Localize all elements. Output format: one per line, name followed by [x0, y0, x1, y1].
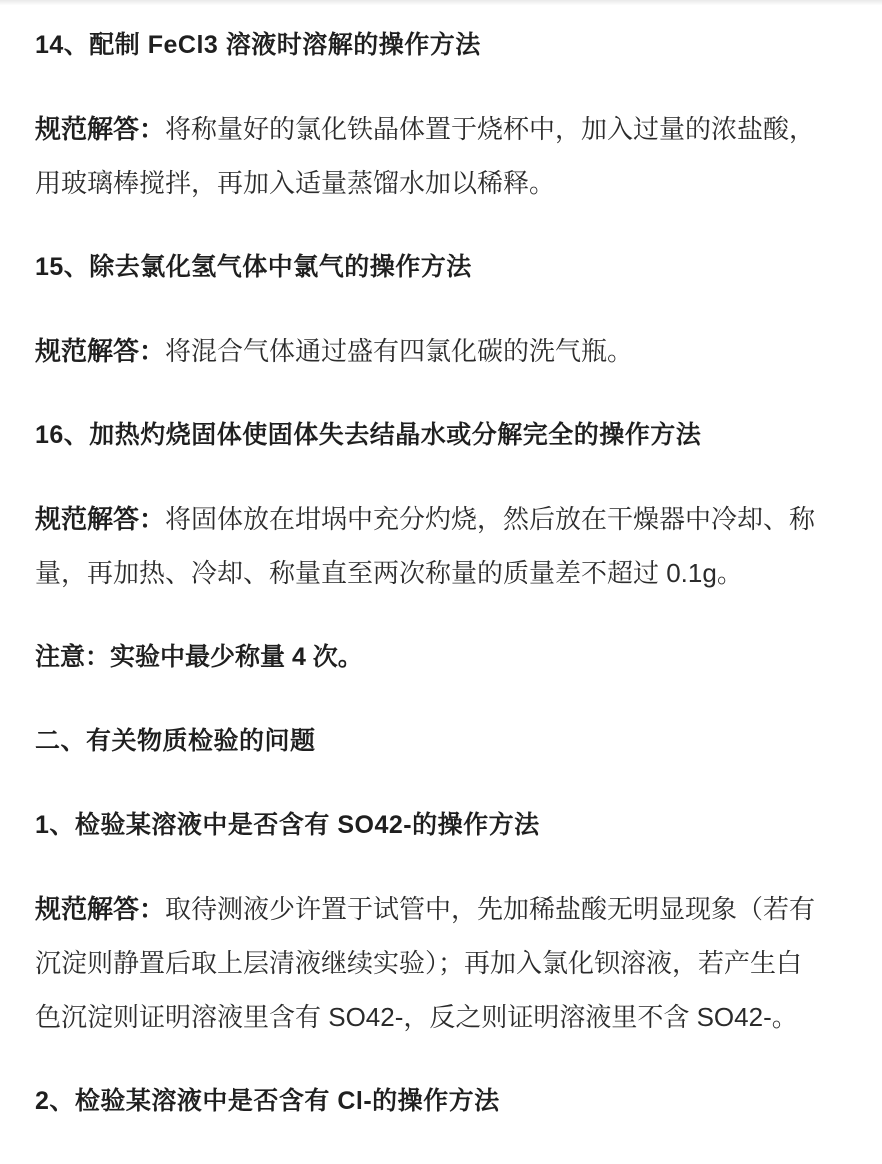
document-page: 14、配制 FeCl3 溶液时溶解的操作方法 规范解答：将称量好的氯化铁晶体置于… [0, 0, 882, 1164]
section-heading-14: 14、配制 FeCl3 溶液时溶解的操作方法 [35, 18, 827, 72]
note-line: 注意：实验中最少称量 4 次。 [35, 630, 827, 684]
section-heading-cl-test: 2、检验某溶液中是否含有 Cl-的操作方法 [35, 1074, 827, 1128]
answer-paragraph-15: 规范解答：将混合气体通过盛有四氯化碳的洗气瓶。 [35, 324, 827, 378]
answer-lead: 规范解答： [35, 894, 165, 924]
answer-paragraph-14: 规范解答：将称量好的氯化铁晶体置于烧杯中，加入过量的浓盐酸，用玻璃棒搅拌，再加入… [35, 102, 827, 210]
section-heading-16: 16、加热灼烧固体使固体失去结晶水或分解完全的操作方法 [35, 408, 827, 462]
answer-lead: 规范解答： [35, 504, 165, 534]
answer-text: 将混合气体通过盛有四氯化碳的洗气瓶。 [165, 336, 633, 366]
answer-lead: 规范解答： [35, 336, 165, 366]
answer-lead: 规范解答： [35, 114, 165, 144]
section-heading-so4-test: 1、检验某溶液中是否含有 SO42-的操作方法 [35, 798, 827, 852]
answer-paragraph-so4-test: 规范解答：取待测液少许置于试管中，先加稀盐酸无明显现象（若有沉淀则静置后取上层清… [35, 882, 827, 1044]
answer-paragraph-16: 规范解答：将固体放在坩埚中充分灼烧，然后放在干燥器中冷却、称量，再加热、冷却、称… [35, 492, 827, 600]
section-heading-part2: 二、有关物质检验的问题 [35, 714, 827, 768]
page-top-edge [0, 0, 882, 5]
section-heading-15: 15、除去氯化氢气体中氯气的操作方法 [35, 240, 827, 294]
